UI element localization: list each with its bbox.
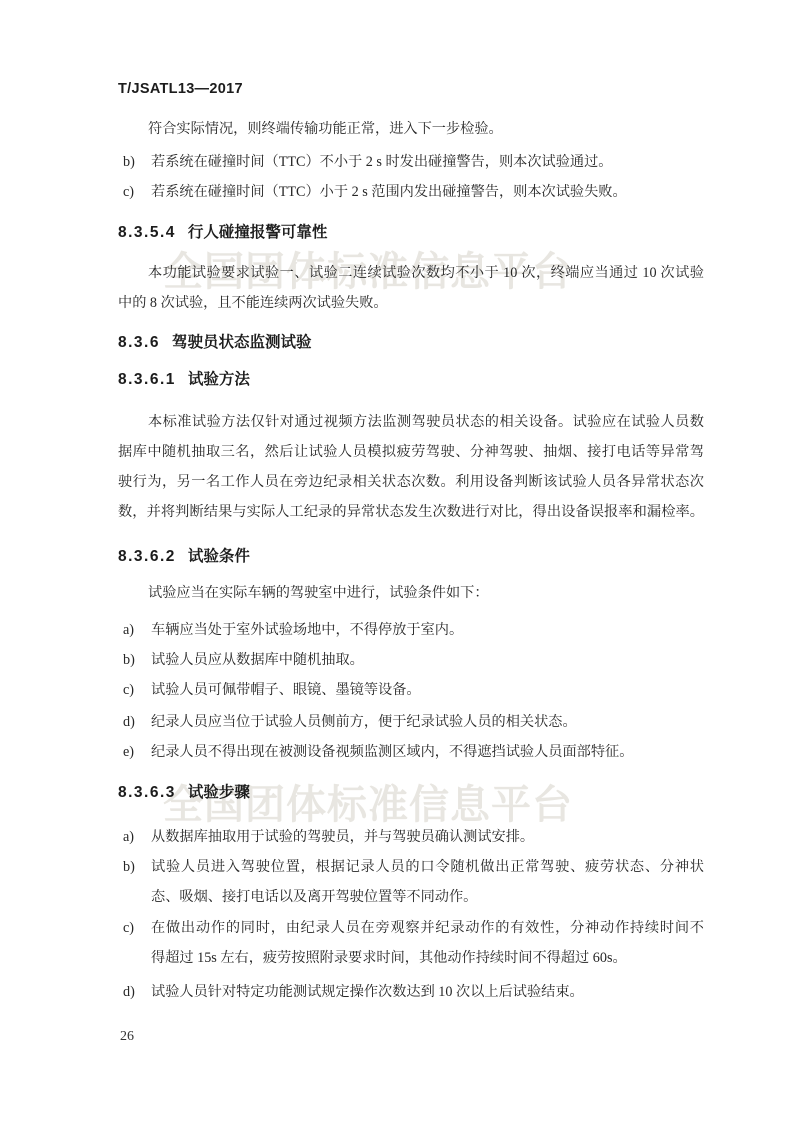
list-item-label: c): [118, 675, 151, 705]
section-heading-8-3-6-2: 8.3.6.2试验条件: [118, 543, 704, 571]
paragraph: 本功能试验要求试验一、试验二连续试验次数均不小于 10 次，终端应当通过 10 …: [118, 258, 704, 318]
list-item: a) 从数据库抽取用于试验的驾驶员，并与驾驶员确认测试安排。: [118, 822, 704, 852]
list-item-text: 纪录人员不得出现在被测设备视频监测区域内，不得遮挡试验人员面部特征。: [151, 737, 704, 767]
list-item-text: 若系统在碰撞时间（TTC）不小于 2 s 时发出碰撞警告，则本次试验通过。: [151, 147, 704, 177]
paragraph-line: 据库中随机抽取三名，然后让试验人员模拟疲劳驾驶、分神驾驶、抽烟、接打电话等异常驾: [118, 437, 704, 467]
section-heading-8-3-5-4: 8.3.5.4行人碰撞报警可靠性: [118, 219, 704, 247]
list-item: c) 若系统在碰撞时间（TTC）小于 2 s 范围内发出碰撞警告，则本次试验失败…: [118, 177, 704, 207]
list-item: e) 纪录人员不得出现在被测设备视频监测区域内，不得遮挡试验人员面部特征。: [118, 737, 704, 767]
list-item: d) 试验人员针对特定功能测试规定操作次数达到 10 次以上后试验结束。: [118, 977, 704, 1007]
page-content: T/JSATL13—2017 符合实际情况，则终端传输功能正常，进入下一步检验。…: [118, 78, 704, 1007]
section-title: 行人碰撞报警可靠性: [188, 224, 328, 241]
list-item-text: 试验人员可佩带帽子、眼镜、墨镜等设备。: [151, 675, 704, 705]
list-item: a) 车辆应当处于室外试验场地中，不得停放于室内。: [118, 615, 704, 645]
list-item: c) 在做出动作的同时，由纪录人员在旁观察并纪录动作的有效性，分神动作持续时间不…: [118, 913, 704, 973]
list-item: d) 纪录人员应当位于试验人员侧前方，便于纪录试验人员的相关状态。: [118, 707, 704, 737]
paragraph: 本标准试验方法仅针对通过视频方法监测驾驶员状态的相关设备。试验应在试验人员数 据…: [118, 407, 704, 527]
list-item-text: 得超过 15s 左右，疲劳按照附录要求时间，其他动作持续时间不得超过 60s。: [151, 943, 704, 973]
section-title: 驾驶员状态监测试验: [172, 334, 312, 351]
list-item-text: 试验人员应从数据库中随机抽取。: [151, 645, 704, 675]
section-number: 8.3.6.3: [118, 784, 176, 801]
document-page: 全国团体标准信息平台 全国团体标准信息平台 T/JSATL13—2017 符合实…: [0, 0, 794, 1123]
list-item-label: c): [118, 177, 151, 207]
list-item-text: 试验人员进入驾驶位置，根据记录人员的口令随机做出正常驾驶、疲劳状态、分神状: [151, 852, 704, 882]
list-item-label: a): [118, 615, 151, 645]
list-item-label: b): [118, 852, 151, 912]
list-item-label: b): [118, 645, 151, 675]
section-title: 试验条件: [188, 548, 250, 565]
standard-code-header: T/JSATL13—2017: [118, 78, 704, 100]
list-item-text: 在做出动作的同时，由纪录人员在旁观察并纪录动作的有效性，分神动作持续时间不: [151, 913, 704, 943]
list-item-label: e): [118, 737, 151, 767]
paragraph-line: 驶行为，另一名工作人员在旁边纪录相关状态次数。利用设备判断该试验人员各异常状态次: [118, 467, 704, 497]
section-title: 试验方法: [188, 371, 250, 388]
list-item-label: b): [118, 147, 151, 177]
list-item-text: 若系统在碰撞时间（TTC）小于 2 s 范围内发出碰撞警告，则本次试验失败。: [151, 177, 704, 207]
list-item-label: a): [118, 822, 151, 852]
section-number: 8.3.6.1: [118, 371, 176, 388]
paragraph-line: 中的 8 次试验，且不能连续两次试验失败。: [118, 288, 704, 318]
list-item: c) 试验人员可佩带帽子、眼镜、墨镜等设备。: [118, 675, 704, 705]
section-heading-8-3-6: 8.3.6驾驶员状态监测试验: [118, 329, 704, 357]
list-item-label: d): [118, 977, 151, 1007]
page-number: 26: [120, 1026, 134, 1048]
list-item-text: 从数据库抽取用于试验的驾驶员，并与驾驶员确认测试安排。: [151, 822, 704, 852]
list-item-text: 纪录人员应当位于试验人员侧前方，便于纪录试验人员的相关状态。: [151, 707, 704, 737]
list-item-text: 试验人员针对特定功能测试规定操作次数达到 10 次以上后试验结束。: [151, 977, 704, 1007]
list-item: b) 试验人员应从数据库中随机抽取。: [118, 645, 704, 675]
section-title: 试验步骤: [188, 784, 250, 801]
section-number: 8.3.5.4: [118, 224, 176, 241]
paragraph: 试验应当在实际车辆的驾驶室中进行，试验条件如下：: [118, 578, 704, 608]
list-item-label: d): [118, 707, 151, 737]
section-number: 8.3.6.2: [118, 548, 176, 565]
paragraph-line: 本功能试验要求试验一、试验二连续试验次数均不小于 10 次，终端应当通过 10 …: [118, 258, 704, 288]
section-number: 8.3.6: [118, 334, 160, 351]
paragraph-intro: 符合实际情况，则终端传输功能正常，进入下一步检验。: [118, 114, 704, 144]
section-heading-8-3-6-1: 8.3.6.1试验方法: [118, 366, 704, 394]
list-item: b) 若系统在碰撞时间（TTC）不小于 2 s 时发出碰撞警告，则本次试验通过。: [118, 147, 704, 177]
paragraph-line: 数，并将判断结果与实际人工纪录的异常状态发生次数进行对比，得出设备误报率和漏检率…: [118, 497, 704, 527]
paragraph-line: 本标准试验方法仅针对通过视频方法监测驾驶员状态的相关设备。试验应在试验人员数: [118, 407, 704, 437]
list-item-label: c): [118, 913, 151, 973]
list-item-text: 车辆应当处于室外试验场地中，不得停放于室内。: [151, 615, 704, 645]
list-item-text: 态、吸烟、接打电话以及离开驾驶位置等不同动作。: [151, 882, 704, 912]
section-heading-8-3-6-3: 8.3.6.3试验步骤: [118, 779, 704, 807]
list-item: b) 试验人员进入驾驶位置，根据记录人员的口令随机做出正常驾驶、疲劳状态、分神状…: [118, 852, 704, 912]
